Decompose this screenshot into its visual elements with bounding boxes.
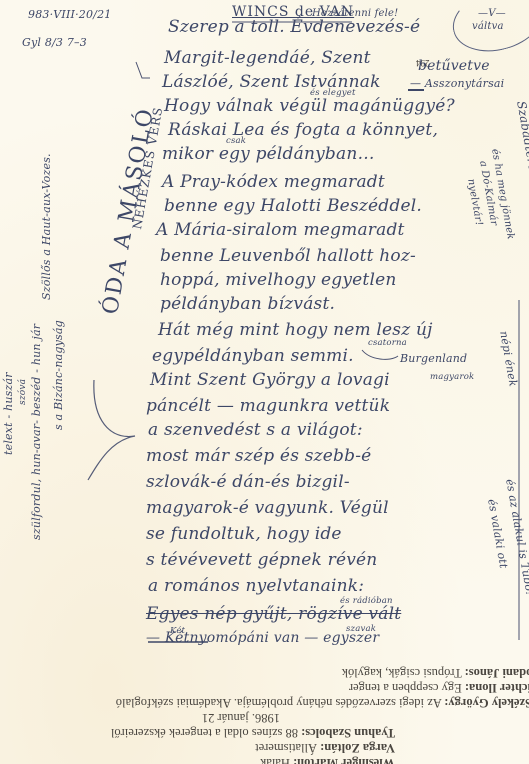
- insert-note: Burgenland: [400, 352, 467, 365]
- insert-note: betűvetve: [418, 58, 490, 74]
- manuscript-line: A Mária-siralom megmaradt: [156, 220, 405, 240]
- manuscript-line: mikor egy példányban…: [162, 144, 375, 164]
- printed-row: Wiesinger Márton: Halak: [120, 755, 529, 764]
- manuscript-line: hoppá, mivelhogy egyetlen: [160, 270, 397, 290]
- printed-row: Varga Zoltán: Állatismeret: [120, 740, 529, 755]
- insert-note: magyarok: [430, 372, 474, 382]
- manuscript-line: egypéldányban semmi.: [152, 346, 354, 366]
- printed-row: Podani János: Trópusi csigák, kagylók: [120, 665, 529, 680]
- manuscript-line: Margit-legendáé, Szent: [164, 48, 371, 68]
- manuscript-line: Lászlóé, Szent Istvánnak: [162, 72, 381, 92]
- insert-note: Két: [170, 626, 185, 636]
- margin-note: s a Bizánc-nagyság: [52, 320, 65, 430]
- margin-note: népi ének: [497, 330, 520, 388]
- manuscript-line: Mint Szent György a lovagi: [150, 370, 390, 390]
- insert-note: csatorna: [368, 338, 407, 348]
- manuscript-line: se fundoltuk, hogy ide: [146, 524, 342, 544]
- manuscript-page: Wiesinger Márton: Halak Varga Zoltán: Ál…: [0, 0, 529, 764]
- insert-note: és rádióban: [340, 596, 393, 606]
- manuscript-line: Hát még mint hogy nem lesz új: [158, 320, 433, 340]
- printed-book-list: Wiesinger Márton: Halak Varga Zoltán: Ál…: [120, 660, 529, 764]
- manuscript-line: páncélt — magunkra vettük: [146, 396, 390, 416]
- margin-note: szülfordul, hun-avar- beszéd - hun jár: [30, 324, 43, 540]
- circle-note-word: váltva: [472, 21, 504, 32]
- insert-note: — Asszonytársai: [410, 77, 504, 90]
- printed-row: Székely György: Az idegi szerveződés néh…: [120, 695, 529, 710]
- margin-note: Szöllős a Haut-aux-Vozes.: [40, 153, 53, 300]
- manuscript-line: a romános nyelvtanaink:: [148, 576, 364, 596]
- manuscript-line: most már szép és szebb-é: [146, 446, 371, 466]
- margin-note: és valaki ott: [485, 498, 510, 569]
- circle-note-dash: —V—: [478, 8, 506, 19]
- manuscript-line: példányban bízvást.: [160, 294, 335, 314]
- manuscript-line: Egyes nép gyűjt, rögzíve vált: [146, 604, 401, 624]
- manuscript-line: Hogy válnak végül magánüggyé?: [164, 96, 455, 116]
- manuscript-line: benne egy Halotti Beszéddel.: [164, 196, 422, 216]
- margin-note: szóvá: [18, 379, 28, 405]
- printed-row: Richter Ilona: Egy cseppben a tenger: [120, 680, 529, 695]
- top-left-note: Gyl 8/3 7–3: [22, 36, 87, 49]
- top-left-note: 983·VIII·20/21: [28, 8, 111, 21]
- manuscript-line: benne Leuvenből hallott hoz-: [160, 246, 416, 266]
- manuscript-line: Szerep a toll. Évdenevezés-é: [168, 17, 420, 37]
- manuscript-line: s tévévevett gépnek révén: [146, 550, 377, 570]
- manuscript-line: Ráskai Lea és fogta a könnyet,: [168, 120, 438, 140]
- margin-note: telext - huszár: [2, 372, 15, 455]
- printed-row: Tyahun Szabolcs: 88 színes oldal a tenge…: [120, 725, 529, 740]
- manuscript-line: A Pray-kódex megmaradt: [162, 172, 385, 192]
- insert-note: szavak: [346, 624, 376, 634]
- margin-note: Szabadtéren is megmaradt: [514, 100, 529, 269]
- manuscript-line: szlovák-é dán-és bizgil-: [146, 472, 350, 492]
- manuscript-line: magyarok-é vagyunk. Végül: [146, 498, 389, 518]
- printed-row: 1986. január 21: [120, 710, 529, 725]
- manuscript-line: a szenvedést s a világot:: [148, 420, 363, 440]
